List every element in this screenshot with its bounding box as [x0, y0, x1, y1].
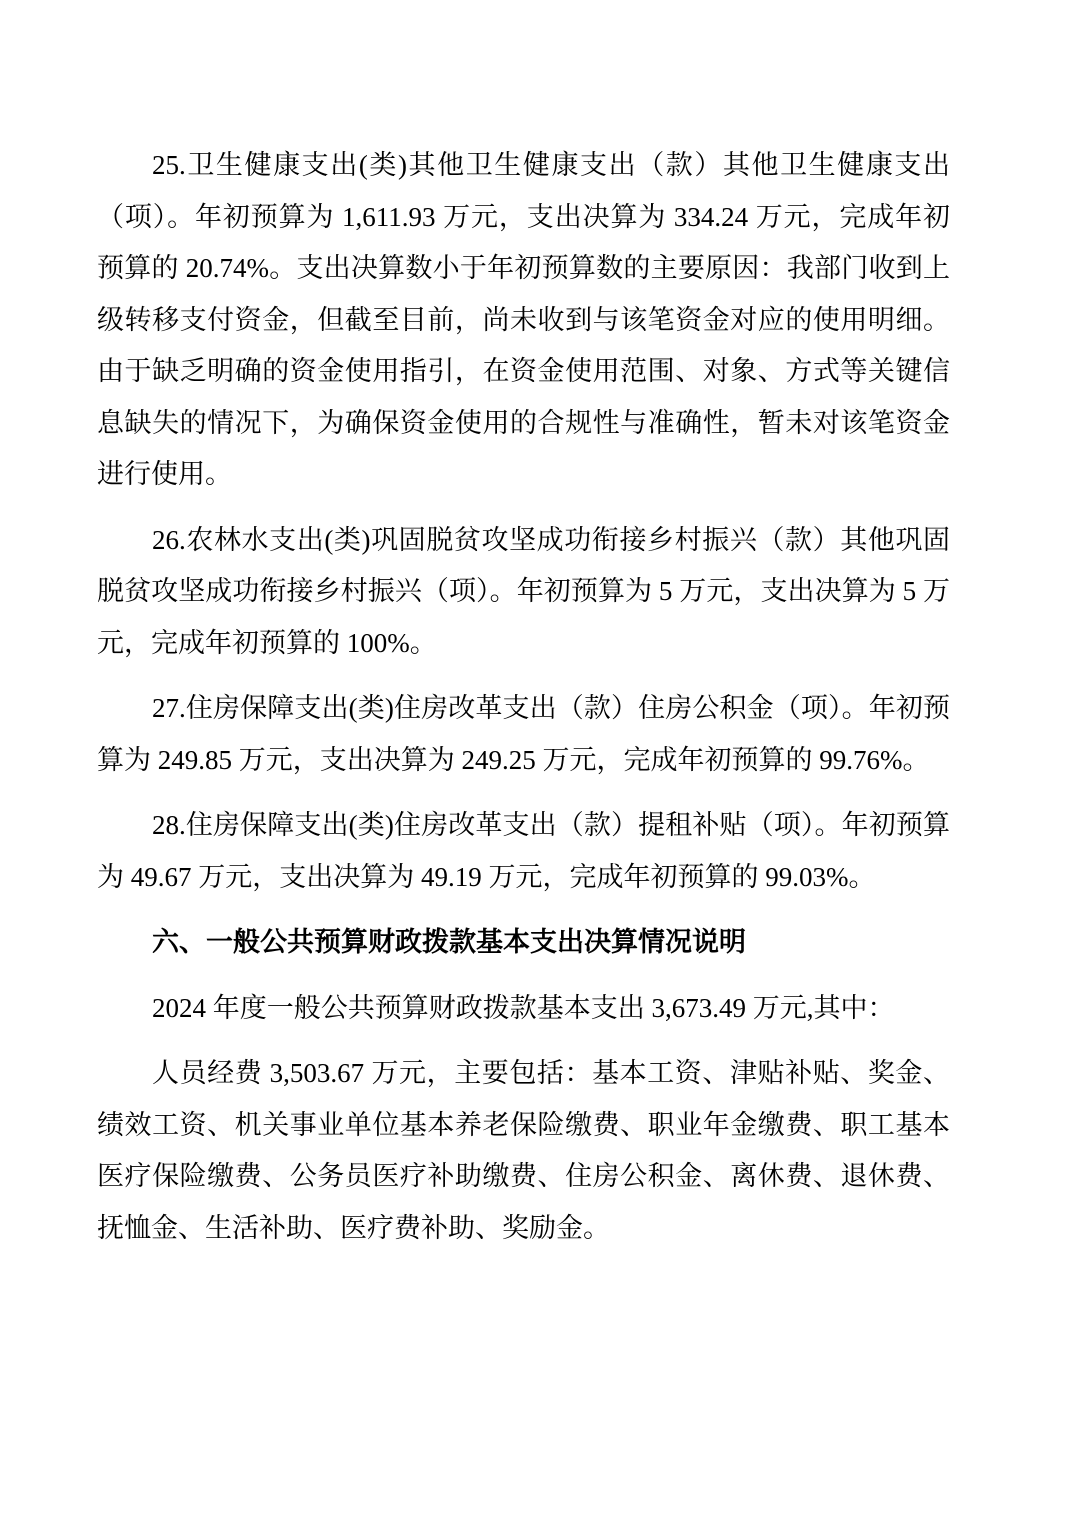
paragraph-personnel-expense-detail: 人员经费 3,503.67 万元，主要包括：基本工资、津贴补贴、奖金、绩效工资、…: [97, 1048, 950, 1254]
paragraph-item-25-health-expenditure: 25.卫生健康支出(类)其他卫生健康支出（款）其他卫生健康支出（项）。年初预算为…: [97, 140, 950, 501]
paragraph-item-27-housing-fund: 27.住房保障支出(类)住房改革支出（款）住房公积金（项）。年初预算为 249.…: [97, 683, 950, 786]
paragraph-item-28-rent-subsidy: 28.住房保障支出(类)住房改革支出（款）提租补贴（项）。年初预算为 49.67…: [97, 800, 950, 903]
paragraph-item-26-agriculture-expenditure: 26.农林水支出(类)巩固脱贫攻坚成功衔接乡村振兴（款）其他巩固脱贫攻坚成功衔接…: [97, 515, 950, 670]
document-page: 25.卫生健康支出(类)其他卫生健康支出（款）其他卫生健康支出（项）。年初预算为…: [0, 0, 1069, 1514]
section-heading-basic-expenditure: 六、一般公共预算财政拨款基本支出决算情况说明: [97, 917, 950, 969]
paragraph-total-basic-expenditure-2024: 2024 年度一般公共预算财政拨款基本支出 3,673.49 万元,其中：: [97, 983, 950, 1035]
